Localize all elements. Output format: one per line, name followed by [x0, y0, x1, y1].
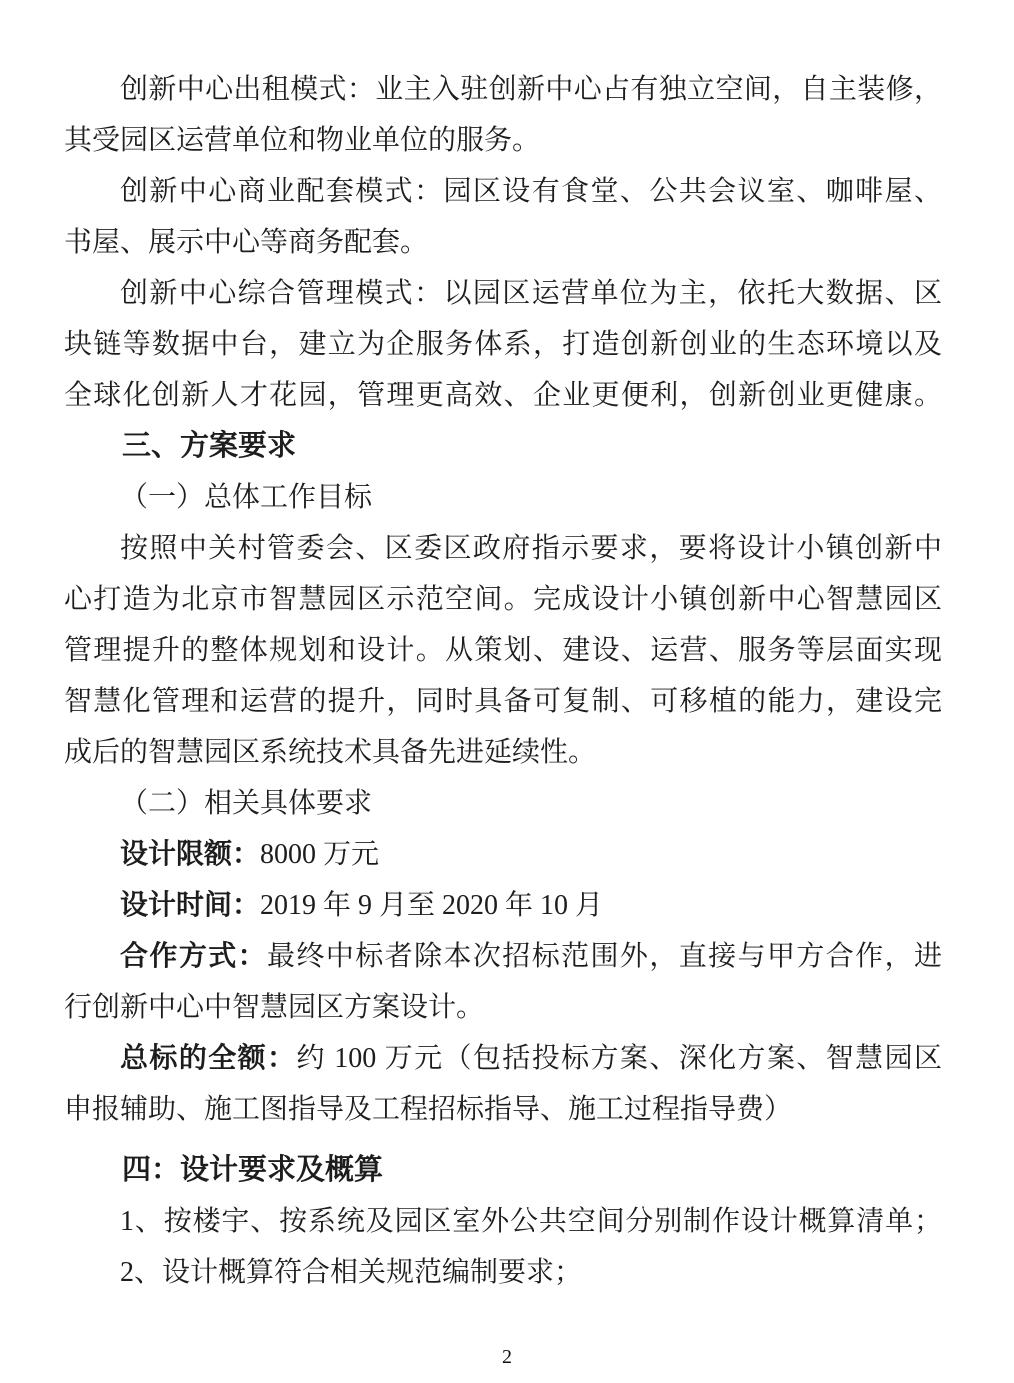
paragraph-line: 创新中心出租模式：业主入驻创新中心占有独立空间，自主装修， [64, 64, 942, 115]
list-item: 1、按楼宇、按系统及园区室外公共空间分别制作设计概算清单； [64, 1196, 942, 1247]
field-value: 最终中标者除本次招标范围外，直接与甲方合作，进 [267, 941, 942, 972]
field-value: 约 100 万元（包括投标方案、深化方案、智慧园区 [296, 1043, 942, 1074]
paragraph-line: 智慧化管理和运营的提升，同时具备可复制、可移植的能力，建设完 [64, 676, 942, 727]
field-label: 总标的全额： [120, 1043, 296, 1074]
spec-line-design-time: 设计时间：2019 年 9 月至 2020 年 10 月 [64, 880, 942, 931]
paragraph-line: 创新中心商业配套模式：园区设有食堂、公共会议室、咖啡屋、 [64, 166, 942, 217]
field-value: 8000 万元 [260, 839, 379, 870]
paragraph-line: 其受园区运营单位和物业单位的服务。 [64, 115, 942, 166]
section-heading-4: 四：设计要求及概算 [64, 1145, 942, 1196]
section-heading-3: 三、方案要求 [64, 421, 942, 472]
paragraph-line: 成后的智慧园区系统技术具备先进延续性。 [64, 727, 942, 778]
page-number: 2 [0, 1346, 1014, 1369]
field-label: 合作方式： [120, 941, 267, 972]
paragraph-line: 行创新中心中智慧园区方案设计。 [64, 982, 942, 1033]
paragraph-line: 块链等数据中台，建立为企服务体系，打造创新创业的生态环境以及 [64, 319, 942, 370]
paragraph-line: 创新中心综合管理模式：以园区运营单位为主，依托大数据、区 [64, 268, 942, 319]
field-label: 设计时间： [120, 890, 260, 921]
subsection-heading: （二）相关具体要求 [64, 778, 942, 829]
subsection-heading: （一）总体工作目标 [64, 472, 942, 523]
field-value: 2019 年 9 月至 2020 年 10 月 [260, 890, 603, 921]
field-label: 设计限额： [120, 839, 260, 870]
spec-line-cooperation: 合作方式：最终中标者除本次招标范围外，直接与甲方合作，进 [64, 931, 942, 982]
paragraph-line: 按照中关村管委会、区委区政府指示要求，要将设计小镇创新中 [64, 523, 942, 574]
document-page: 创新中心出租模式：业主入驻创新中心占有独立空间，自主装修， 其受园区运营单位和物… [0, 0, 1014, 1383]
spec-line-total-amount: 总标的全额：约 100 万元（包括投标方案、深化方案、智慧园区 [64, 1033, 942, 1084]
paragraph-line: 全球化创新人才花园，管理更高效、企业更便利，创新创业更健康。 [64, 370, 942, 421]
paragraph-line: 申报辅助、施工图指导及工程招标指导、施工过程指导费） [64, 1084, 942, 1135]
spec-line-design-limit: 设计限额：8000 万元 [64, 829, 942, 880]
paragraph-line: 管理提升的整体规划和设计。从策划、建设、运营、服务等层面实现 [64, 625, 942, 676]
paragraph-line: 心打造为北京市智慧园区示范空间。完成设计小镇创新中心智慧园区 [64, 574, 942, 625]
list-item: 2、设计概算符合相关规范编制要求； [64, 1247, 942, 1298]
paragraph-line: 书屋、展示中心等商务配套。 [64, 217, 942, 268]
